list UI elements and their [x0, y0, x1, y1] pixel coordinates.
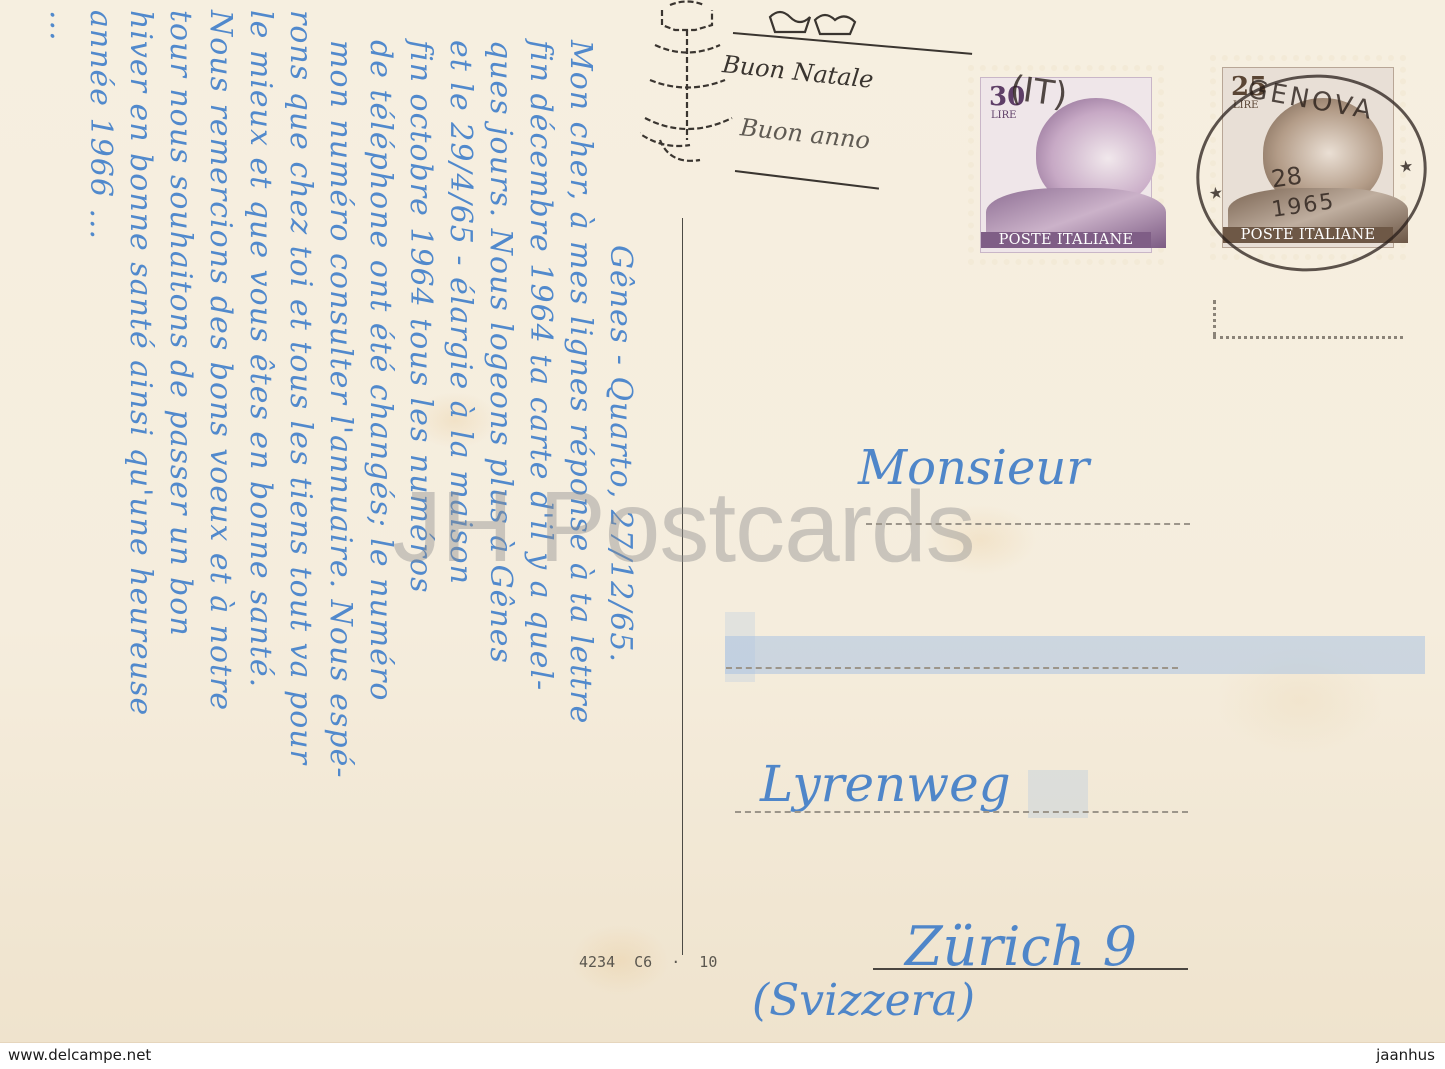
postmark-star-icon: ★: [1208, 183, 1225, 204]
stamp-unit: LIRE: [991, 110, 1016, 121]
postmark-city: GENOVA: [1245, 75, 1376, 127]
message-line: Nous remercions des bons voeux et à notr…: [203, 10, 238, 711]
address-country: (Svizzera): [752, 975, 975, 1026]
card-divider: [682, 218, 683, 955]
address-name-redacted: [725, 612, 755, 682]
message-line: Mon cher, à mes lignes réponse à ta lett…: [563, 40, 598, 724]
postmark-year: 1965: [1270, 189, 1337, 223]
address-underline: [873, 968, 1188, 970]
stamp-box-border: [1213, 336, 1403, 339]
message-header: Gênes - Quarto, 27/12/65.: [603, 245, 638, 663]
postmark-country-marker: (IT): [1007, 68, 1069, 116]
address-line: [735, 811, 1188, 813]
message-line: hiver en bonne santé ainsi qu'une heureu…: [123, 10, 158, 716]
footer-site-link[interactable]: www.delcampe.net: [8, 1046, 151, 1064]
message-line: rons que chez toi et tous les tiens tout…: [283, 10, 318, 765]
address-street: Lyrenweg: [760, 755, 1011, 813]
stamp-caption: POSTE ITALIANE: [981, 232, 1151, 248]
message-line: le mieux et que vous êtes en bonne santé…: [243, 10, 278, 688]
print-code: 4234 C6 · 10: [579, 953, 717, 971]
message-line: de téléphone ont été changés; le numéro: [363, 40, 398, 701]
postmark-star-icon: ★: [1398, 156, 1415, 177]
message-line: année 1966 ...: [83, 10, 118, 240]
message-line: mon numéro consulter l'annuaire. Nous es…: [323, 40, 358, 778]
postcard-back: Gênes - Quarto, 27/12/65. Mon cher, à me…: [0, 0, 1445, 1043]
candle-holder-icon: [640, 0, 760, 180]
message-line: tour nous souhaitons de passer un bon: [163, 10, 198, 637]
message-line: ...: [43, 10, 78, 42]
address-line: [866, 523, 1190, 525]
footer-seller-name[interactable]: jaanhus: [1376, 1046, 1435, 1064]
address-salutation: Monsieur: [858, 440, 1089, 496]
address-line: [726, 667, 1178, 669]
message-line: fin décembre 1964 ta carte d'il y a quel…: [523, 40, 558, 691]
postmark-day: 28: [1270, 162, 1304, 194]
stamp-box-border: [1213, 300, 1216, 336]
